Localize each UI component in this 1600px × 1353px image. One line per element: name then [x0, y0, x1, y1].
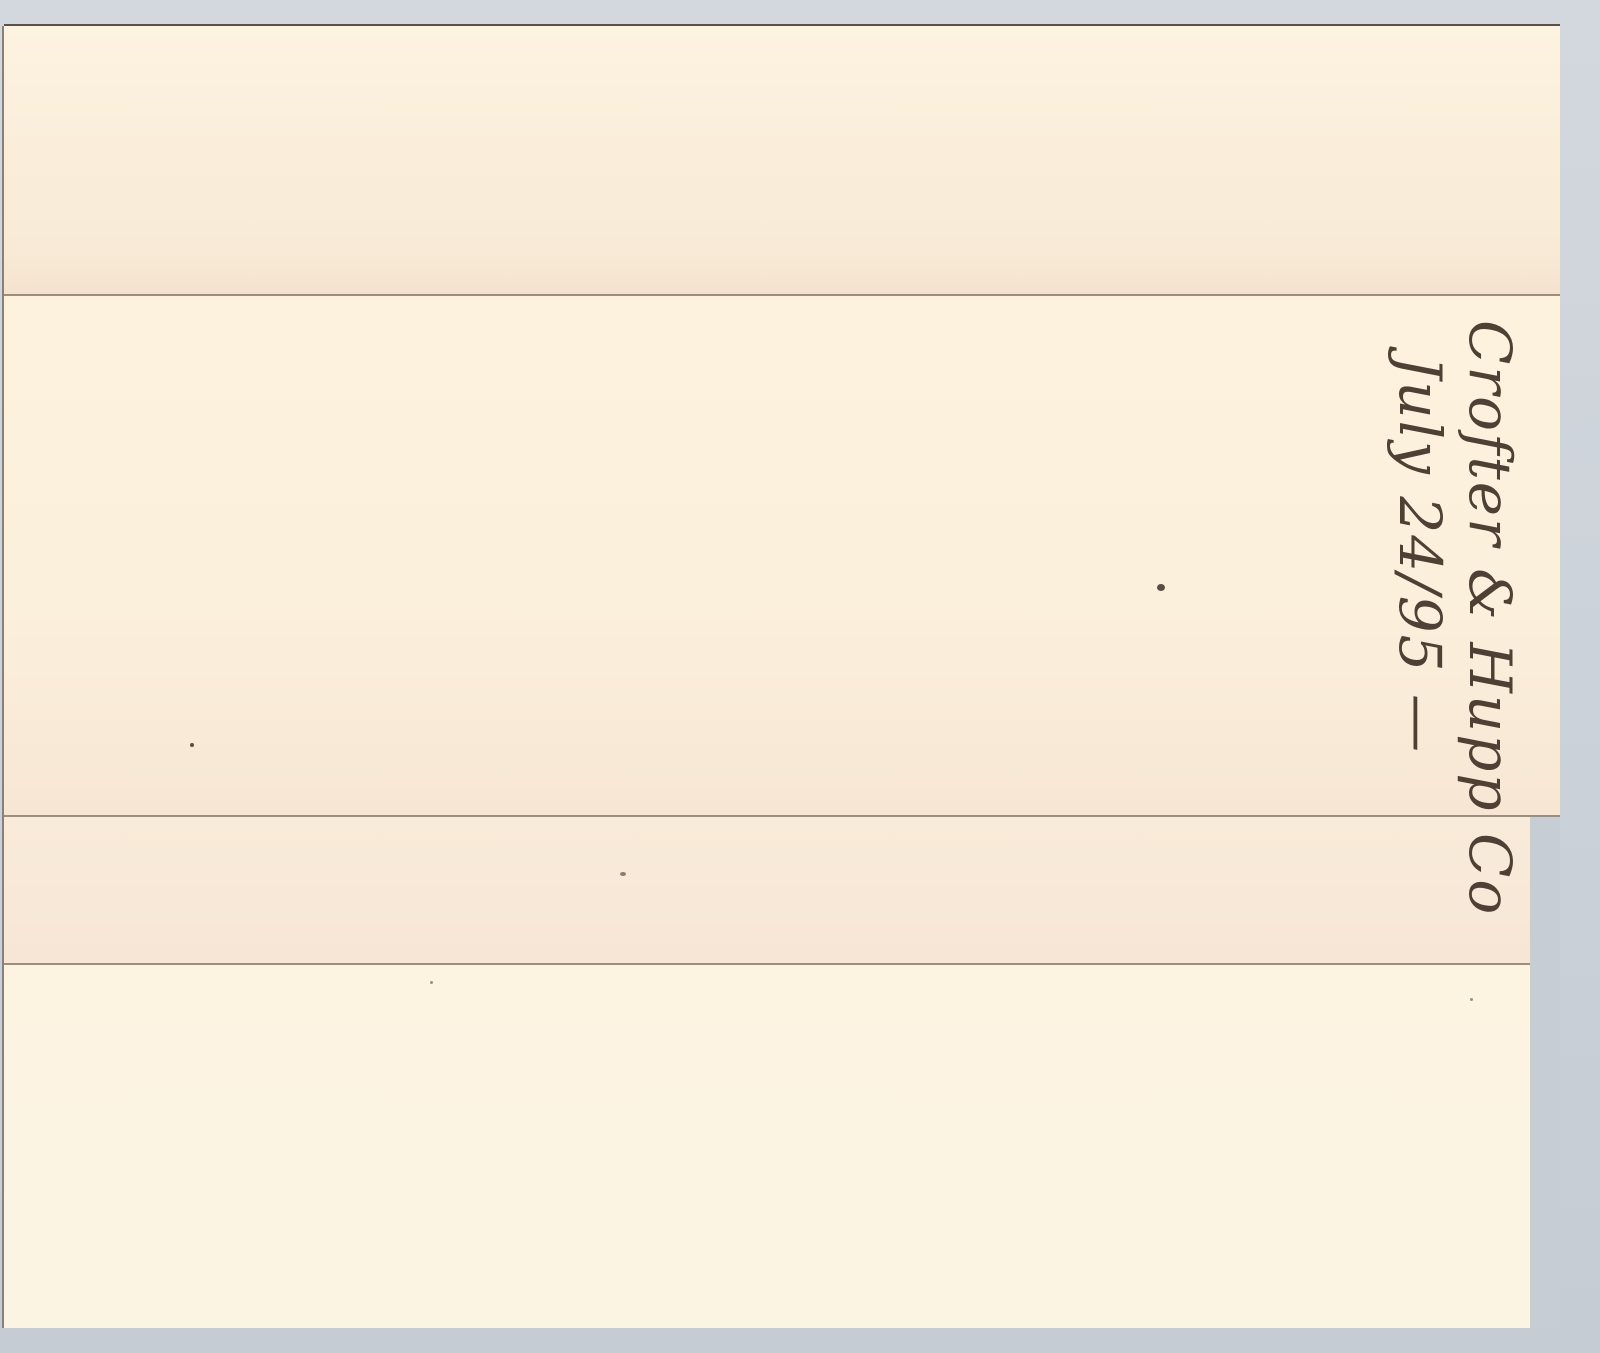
ink-spot: [190, 743, 194, 747]
sheet-edge-offset: [1530, 817, 1560, 1328]
docket-date: July 24/95 —: [1385, 320, 1455, 800]
docket-handwriting: Crofter & Hupp Co July 24/95 —: [1375, 320, 1525, 800]
ink-spot: [1157, 584, 1165, 591]
fold-panel-upper-middle: [4, 296, 1560, 815]
ink-spot: [1470, 998, 1473, 1001]
fold-line: [4, 815, 1560, 817]
docket-sender: Crofter & Hupp Co: [1455, 320, 1525, 800]
fold-line: [4, 294, 1560, 296]
fold-panel-lower-middle: [4, 817, 1530, 963]
ink-spot: [620, 872, 626, 876]
fold-panel-bottom: [4, 965, 1530, 1328]
fold-line: [4, 963, 1530, 965]
ink-spot: [430, 981, 433, 984]
fold-panel-top: [4, 26, 1560, 294]
letter-sheet: [4, 26, 1560, 1328]
